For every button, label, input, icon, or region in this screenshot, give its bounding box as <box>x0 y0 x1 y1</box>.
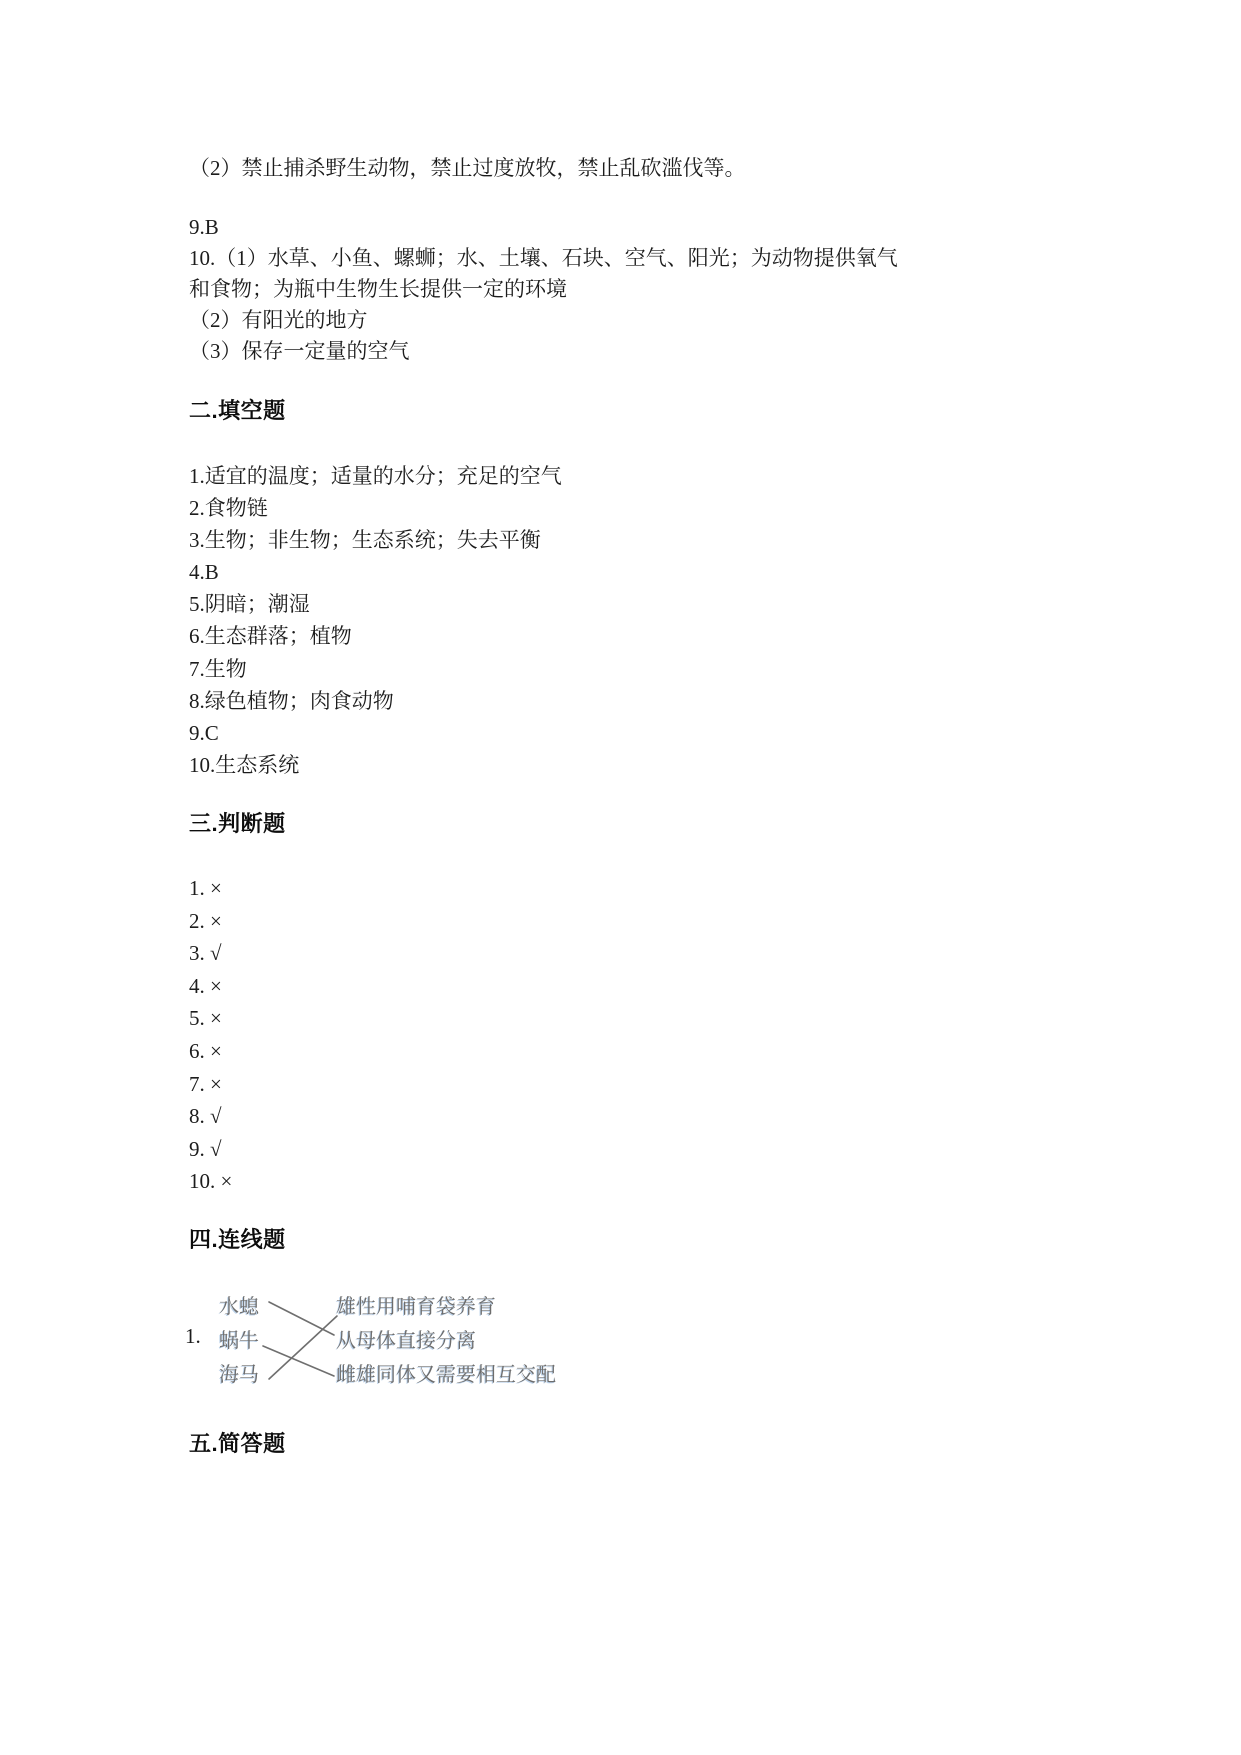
match-line-seahorse-to-broodpouch <box>269 1316 337 1379</box>
fill-blank-item: 9.C <box>189 717 1131 749</box>
matching-question-number: 1. <box>185 1321 201 1352</box>
fill-blank-item: 10.生态系统 <box>189 749 1131 781</box>
matching-right-label: 雄性用哺育袋养育 <box>336 1290 556 1324</box>
fill-blank-item: 1.适宜的温度；适量的水分；充足的空气 <box>189 460 1131 492</box>
answer-q10-part3: （3）保存一定量的空气 <box>189 336 1131 367</box>
matching-diagram: 1. 水螅 蜗牛 海马 雄性用哺育袋养育 从母体直接分离 雌雄同体又需要相互交配 <box>189 1290 1131 1394</box>
match-line-hydra-to-separate <box>269 1302 334 1335</box>
true-false-item: 5. × <box>189 1002 1131 1035</box>
true-false-item: 9. √ <box>189 1133 1131 1166</box>
section-title-matching: 四.连线题 <box>189 1224 1131 1255</box>
answer-q10-part1-line1: 10.（1）水草、小鱼、螺蛳；水、土壤、石块、空气、阳光；为动物提供氧气 <box>189 243 1131 274</box>
fill-blank-item: 3.生物；非生物；生态系统；失去平衡 <box>189 524 1131 556</box>
section-title-fill-blank: 二.填空题 <box>189 395 1131 426</box>
true-false-item: 4. × <box>189 970 1131 1003</box>
answer-q10-part1-line2: 和食物；为瓶中生物生长提供一定的环境 <box>189 274 1131 305</box>
true-false-answer-list: 1. × 2. × 3. √ 4. × 5. × 6. × 7. × 8. √ … <box>189 872 1131 1198</box>
fill-blank-item: 5.阴暗；潮湿 <box>189 588 1131 620</box>
answer-q9-q10-group: 9.B 10.（1）水草、小鱼、螺蛳；水、土壤、石块、空气、阳光；为动物提供氧气… <box>189 212 1131 305</box>
matching-right-column: 雄性用哺育袋养育 从母体直接分离 雌雄同体又需要相互交配 <box>336 1290 556 1392</box>
fill-blank-item: 8.绿色植物；肉食动物 <box>189 685 1131 717</box>
true-false-item: 7. × <box>189 1068 1131 1101</box>
fill-blank-item: 7.生物 <box>189 653 1131 685</box>
fill-blank-item: 4.B <box>189 556 1131 588</box>
matching-left-label: 海马 <box>219 1358 259 1392</box>
matching-left-label: 蜗牛 <box>219 1324 259 1358</box>
fill-blank-item: 6.生态群落；植物 <box>189 620 1131 652</box>
true-false-item: 3. √ <box>189 937 1131 970</box>
matching-right-label: 雌雄同体又需要相互交配 <box>336 1358 556 1392</box>
fill-blank-item: 2.食物链 <box>189 492 1131 524</box>
section-title-short-answer: 五.简答题 <box>189 1428 1131 1459</box>
answer-q8-part2: （2）禁止捕杀野生动物，禁止过度放牧，禁止乱砍滥伐等。 <box>189 153 1131 184</box>
matching-left-label: 水螅 <box>219 1290 259 1324</box>
true-false-item: 6. × <box>189 1035 1131 1068</box>
fill-blank-answer-list: 1.适宜的温度；适量的水分；充足的空气 2.食物链 3.生物；非生物；生态系统；… <box>189 460 1131 781</box>
true-false-item: 2. × <box>189 905 1131 938</box>
answer-sheet-page: （2）禁止捕杀野生动物，禁止过度放牧，禁止乱砍滥伐等。 9.B 10.（1）水草… <box>0 0 1241 1755</box>
matching-right-label: 从母体直接分离 <box>336 1324 556 1358</box>
top-answers-section: （2）禁止捕杀野生动物，禁止过度放牧，禁止乱砍滥伐等。 9.B 10.（1）水草… <box>189 153 1131 367</box>
true-false-item: 1. × <box>189 872 1131 905</box>
matching-left-column: 水螅 蜗牛 海马 <box>219 1290 259 1392</box>
true-false-item: 10. × <box>189 1165 1131 1198</box>
answer-q10-part2: （2）有阳光的地方 <box>189 305 1131 336</box>
match-line-snail-to-hermaphrodite <box>263 1346 334 1376</box>
section-title-true-false: 三.判断题 <box>189 808 1131 839</box>
answer-q9: 9.B <box>189 212 1131 243</box>
true-false-item: 8. √ <box>189 1100 1131 1133</box>
